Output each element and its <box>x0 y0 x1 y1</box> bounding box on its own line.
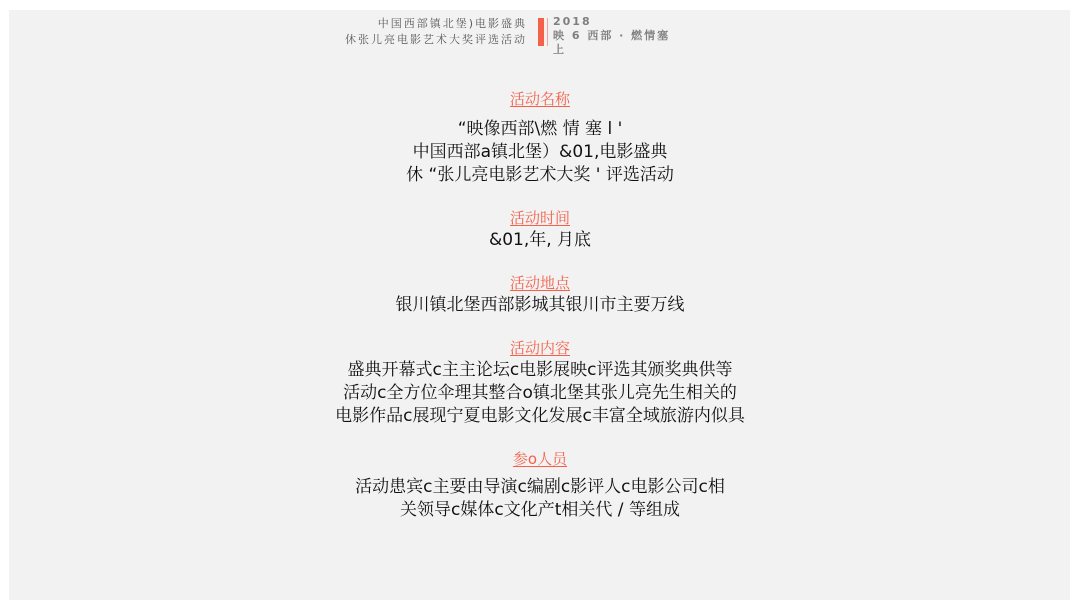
section-title: 活动时间 <box>510 207 570 229</box>
section-participants: 参o人员 活动患宾c主要由导演c编剧c影评人c电影公司c相 关领导c媒体c文化产… <box>0 448 1080 522</box>
body-line: 活动c全方位伞理其整合o镇北堡其张儿亮先生相关的 <box>0 382 1080 405</box>
section-title: 活动地点 <box>510 272 570 294</box>
body-line: 休 “张儿亮电影艺术大奖 ' 评选活动 <box>0 164 1080 187</box>
section-body: 银川镇北堡西部影城其银川市主要万线 <box>0 294 1080 317</box>
section-body: 活动患宾c主要由导演c编剧c影评人c电影公司c相 关领导c媒体c文化产t相关代 … <box>0 476 1080 522</box>
header-slogan: 映 6 西部 · 燃情塞 <box>553 29 670 43</box>
body-line: 中国西部a镇北堡）&01,电影盛典 <box>0 141 1080 164</box>
header-slogan-cont: 上 <box>553 43 670 57</box>
header-accent-bar <box>538 18 544 46</box>
body-line: 盛典开幕式c主主论坛c电影展映c评选其颁奖典供等 <box>0 359 1080 382</box>
header-event-name: 中国西部镇北堡)电影盛典 休张儿亮电影艺术大奖评选活动 <box>305 16 527 48</box>
body-line: &01,年, 月底 <box>0 229 1080 252</box>
body-line: 银川镇北堡西部影城其银川市主要万线 <box>0 294 1080 317</box>
header-left-line: 休张儿亮电影艺术大奖评选活动 <box>305 32 527 48</box>
header-year: 2018 <box>553 15 670 29</box>
body-line: 电影作品c展现宁夏电影文化发展c丰富全域旅游内似具 <box>0 405 1080 428</box>
event-details: 活动名称 “映像西部\燃 情 塞 l ' 中国西部a镇北堡）&01,电影盛典 休… <box>0 88 1080 522</box>
section-event-name: 活动名称 “映像西部\燃 情 塞 l ' 中国西部a镇北堡）&01,电影盛典 休… <box>0 88 1080 187</box>
body-line: 活动患宾c主要由导演c编剧c影评人c电影公司c相 <box>0 476 1080 499</box>
section-event-content: 活动内容 盛典开幕式c主主论坛c电影展映c评选其颁奖典供等 活动c全方位伞理其整… <box>0 337 1080 428</box>
header-divider-line <box>547 18 548 46</box>
section-body: &01,年, 月底 <box>0 229 1080 252</box>
section-title: 参o人员 <box>513 448 567 470</box>
section-title: 活动名称 <box>510 88 570 110</box>
section-body: 盛典开幕式c主主论坛c电影展映c评选其颁奖典供等 活动c全方位伞理其整合o镇北堡… <box>0 359 1080 428</box>
section-body: “映像西部\燃 情 塞 l ' 中国西部a镇北堡）&01,电影盛典 休 “张儿亮… <box>0 118 1080 187</box>
body-line: 关领导c媒体c文化产t相关代 / 等组成 <box>0 499 1080 522</box>
section-title: 活动内容 <box>510 337 570 359</box>
header-brand: 2018 映 6 西部 · 燃情塞 上 <box>553 15 670 57</box>
section-event-time: 活动时间 &01,年, 月底 <box>0 207 1080 252</box>
header-left-line: 中国西部镇北堡)电影盛典 <box>305 16 527 32</box>
body-line: “映像西部\燃 情 塞 l ' <box>0 118 1080 141</box>
section-event-location: 活动地点 银川镇北堡西部影城其银川市主要万线 <box>0 272 1080 317</box>
